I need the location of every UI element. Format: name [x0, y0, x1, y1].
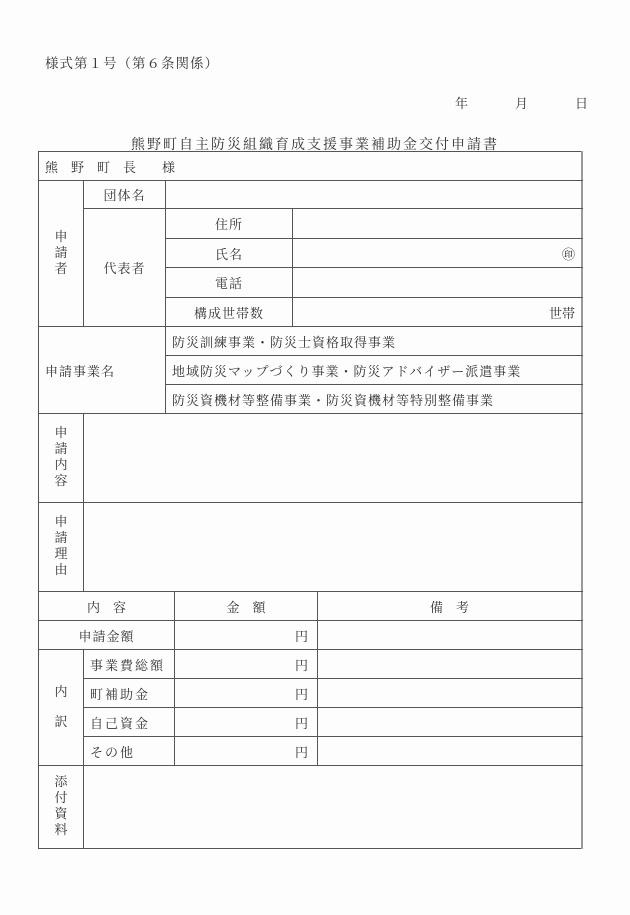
group-name-label: 団体名 — [84, 181, 165, 208]
households-label: 構成世帯数 — [166, 298, 292, 326]
project-name-label: 申請事業名 — [39, 327, 165, 413]
representative-label: 代表者 — [84, 209, 165, 326]
group-name-field[interactable] — [166, 181, 581, 208]
header-remarks: 備 考 — [318, 592, 581, 620]
address-label: 住所 — [166, 209, 292, 238]
request-amount-remarks[interactable] — [318, 621, 581, 649]
attachments-field[interactable] — [84, 766, 581, 848]
town-subsidy-amount-field[interactable]: 円 — [175, 679, 317, 707]
date-day-label: 日 — [575, 93, 588, 112]
request-amount-label: 申請金額 — [39, 621, 174, 649]
households-field[interactable]: 世帯 — [293, 298, 581, 326]
request-amount-field[interactable]: 円 — [175, 621, 317, 649]
own-funds-amount-field[interactable]: 円 — [175, 708, 317, 736]
addressee: 熊 野 町 長 様 — [39, 152, 581, 180]
date-month-label: 月 — [515, 93, 528, 112]
own-funds-remarks[interactable] — [318, 708, 581, 736]
application-content-field[interactable] — [84, 414, 581, 502]
project-option-1[interactable]: 防災訓練事業・防災士資格取得事業 — [166, 327, 581, 355]
date-year-label: 年 — [455, 93, 468, 112]
application-reason-label: 申 請 理 由 — [39, 503, 83, 591]
households-unit: 世帯 — [549, 303, 575, 322]
header-content: 内 容 — [39, 592, 174, 620]
phone-label: 電話 — [166, 268, 292, 297]
project-option-2[interactable]: 地域防災マップづくり事業・防災アドバイザー派遣事業 — [166, 356, 581, 384]
applicant-label: 申 請 者 — [39, 181, 83, 326]
town-subsidy-remarks[interactable] — [318, 679, 581, 707]
name-field[interactable]: ㊞ — [293, 239, 581, 267]
breakdown-row-label: その他 — [84, 737, 174, 765]
form-number: 様式第１号（第６条関係） — [45, 52, 219, 72]
total-cost-amount-field[interactable]: 円 — [175, 650, 317, 678]
border — [581, 151, 583, 849]
project-option-3[interactable]: 防災資機材等整備事業・防災資機材等特別整備事業 — [166, 385, 581, 413]
breakdown-label: 内 訳 — [39, 650, 83, 765]
attachments-label: 添 付 資 料 — [39, 766, 83, 848]
other-remarks[interactable] — [318, 737, 581, 765]
border — [38, 848, 583, 849]
other-amount-field[interactable]: 円 — [175, 737, 317, 765]
application-reason-field[interactable] — [84, 503, 581, 591]
application-content-label: 申 請 内 容 — [39, 414, 83, 502]
phone-field[interactable] — [293, 268, 581, 297]
total-cost-remarks[interactable] — [318, 650, 581, 678]
breakdown-row-label: 町補助金 — [84, 679, 174, 707]
address-field[interactable] — [293, 209, 581, 238]
name-label: 氏名 — [166, 239, 292, 267]
header-amount: 金 額 — [175, 592, 317, 620]
breakdown-row-label: 事業費総額 — [84, 650, 174, 678]
seal-icon: ㊞ — [562, 244, 575, 263]
breakdown-row-label: 自己資金 — [84, 708, 174, 736]
